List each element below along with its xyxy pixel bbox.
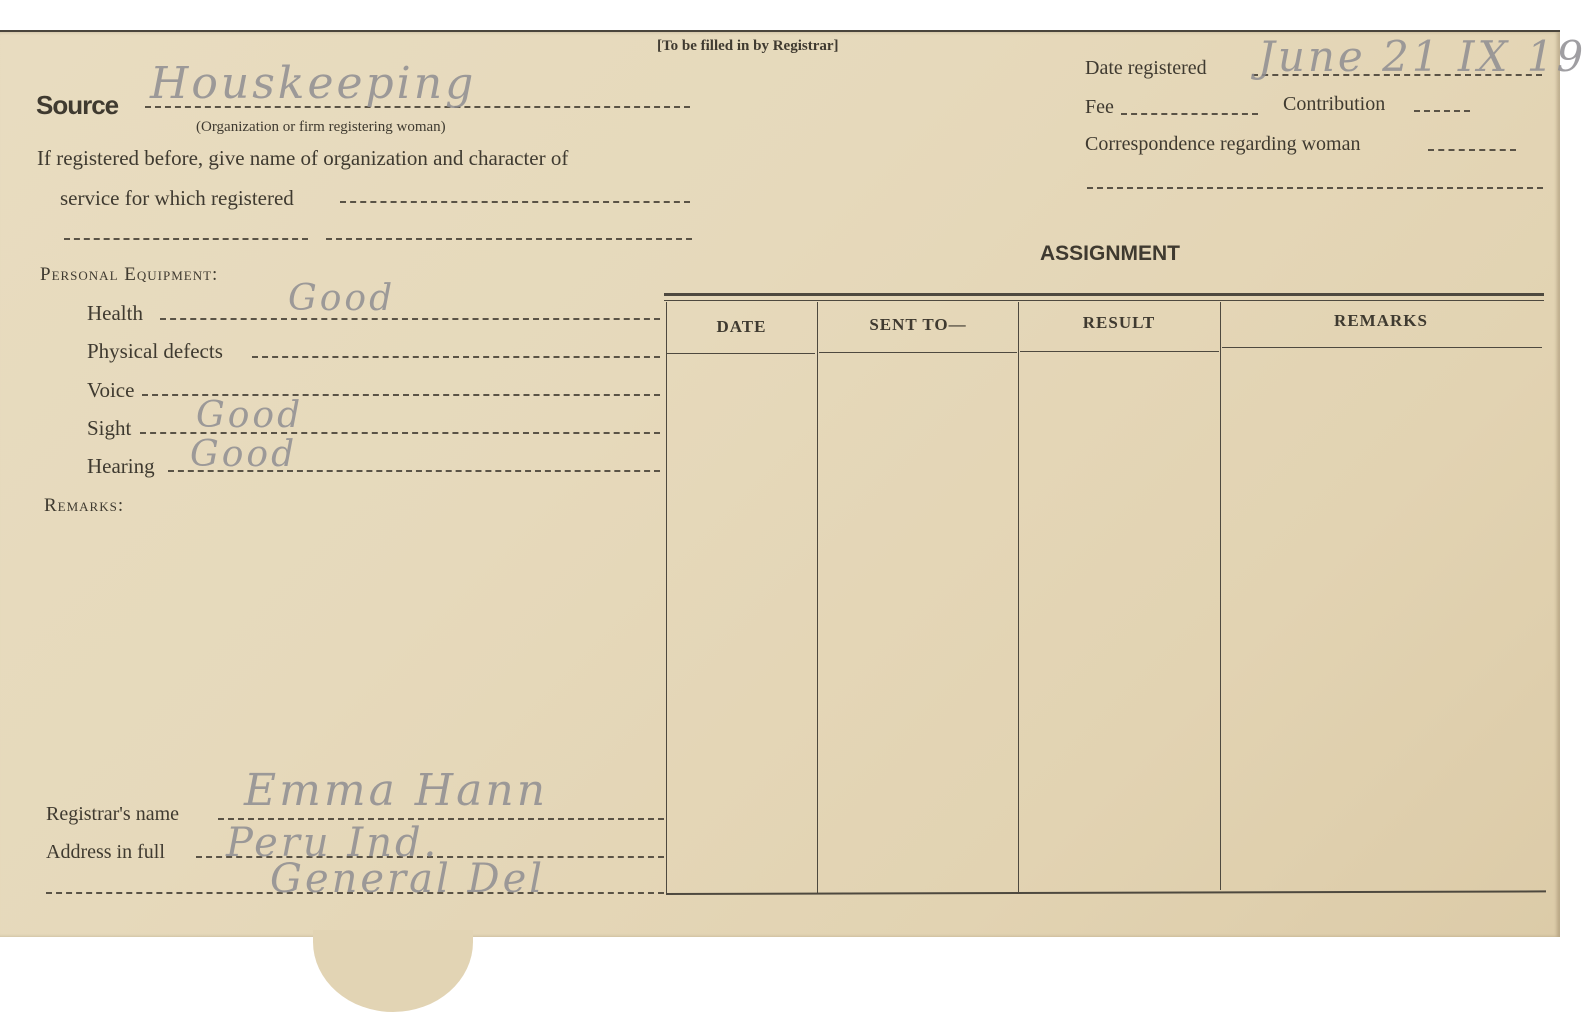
table-top-rule-2 [664, 300, 1544, 301]
assignment-cell-sent-to[interactable] [819, 356, 1017, 891]
header-underline-date [667, 353, 815, 354]
registrar-name-value: Emma Hann [244, 765, 548, 816]
registered-before-text: If registered before, give name of organ… [37, 146, 568, 171]
contribution-label: Contribution [1283, 93, 1385, 116]
col-divider-1 [817, 302, 818, 894]
header-underline-result [1020, 351, 1219, 352]
col-divider-2 [1018, 302, 1019, 892]
physical-defects-line[interactable] [252, 356, 660, 358]
correspondence-label: Correspondence regarding woman [1085, 133, 1360, 156]
card-index-tab [313, 930, 473, 1012]
date-registered-label: Date registered [1085, 57, 1207, 80]
service-registered-line[interactable] [340, 201, 690, 203]
source-label: Source [36, 90, 118, 121]
service-registered-line-2b[interactable] [326, 238, 692, 240]
source-caption: (Organization or firm registering woman) [196, 119, 446, 136]
health-line[interactable] [160, 318, 660, 320]
registrar-name-label: Registrar's name [46, 803, 179, 826]
correspondence-line-2[interactable] [1087, 187, 1543, 189]
col-header-sent-to: SENT TO— [818, 315, 1018, 335]
contribution-line[interactable] [1414, 110, 1470, 112]
correspondence-line[interactable] [1428, 149, 1516, 151]
voice-label: Voice [87, 378, 134, 403]
address-value-2: General Del [270, 856, 545, 902]
source-value: Houskeeping [150, 58, 476, 109]
col-header-remarks: REMARKS [1221, 311, 1541, 331]
health-label: Health [87, 301, 143, 326]
registrar-note: [To be filled in by Registrar] [657, 38, 839, 55]
header-underline-remarks [1222, 347, 1542, 348]
service-registered-label: service for which registered [60, 186, 294, 211]
col-header-date: DATE [666, 317, 817, 337]
remarks-heading: Remarks: [44, 495, 124, 517]
physical-defects-label: Physical defects [87, 339, 223, 364]
personal-equipment-heading: Personal Equipment: [40, 264, 218, 286]
table-top-rule [664, 293, 1544, 296]
header-underline-sent-to [819, 352, 1017, 353]
sight-label: Sight [87, 416, 131, 441]
sight-value: Good [196, 395, 303, 436]
fee-label: Fee [1085, 96, 1114, 119]
health-value: Good [288, 278, 395, 319]
assignment-cell-date[interactable] [668, 356, 816, 891]
assignment-cell-result[interactable] [1020, 356, 1219, 889]
fee-line[interactable] [1121, 113, 1258, 115]
hearing-label: Hearing [87, 454, 155, 479]
col-divider-3 [1220, 302, 1221, 890]
col-header-result: RESULT [1019, 313, 1219, 333]
assignment-title: ASSIGNMENT [1040, 242, 1180, 266]
hearing-value: Good [190, 434, 297, 475]
address-label: Address in full [46, 841, 165, 864]
date-registered-value: June 21 IX 19 [1258, 32, 1586, 81]
table-left-border [666, 302, 667, 894]
service-registered-line-2a[interactable] [64, 238, 308, 240]
assignment-cell-remarks[interactable] [1222, 350, 1542, 888]
